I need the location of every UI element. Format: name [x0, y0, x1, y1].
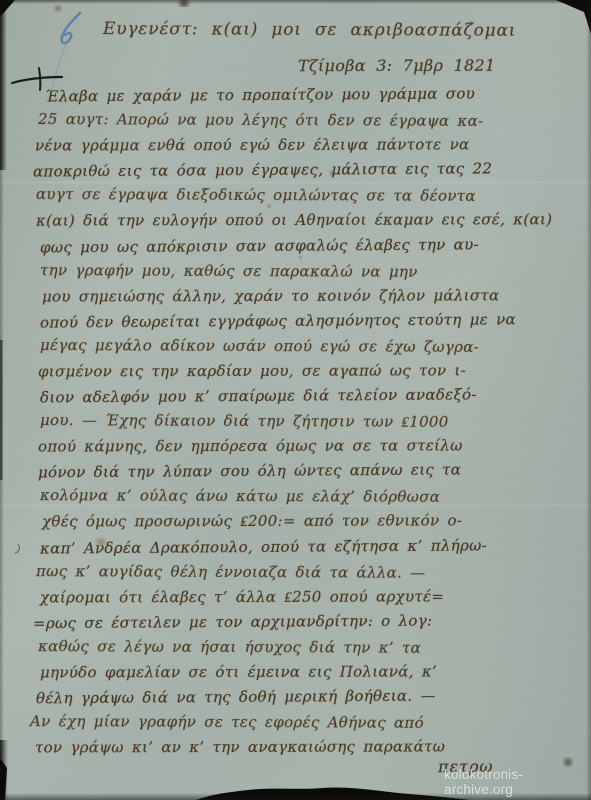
letter-line: μου σημειώσης άλλην, χαράν το κοινόν ζήλ…	[42, 286, 499, 305]
letter-line: νένα γράμμα ενθά οπού εγώ δεν έλειψα πάν…	[35, 135, 469, 154]
letter-line: οπού κάμνης, δεν ημπόρεσα όμως να σε τα …	[38, 436, 463, 455]
letter-line: διον αδελφόν μου κ’ σπαίρωμε διά τελείον…	[40, 385, 477, 406]
letter-line: θέλη γράψω διά να της δοθή μερική βοήθει…	[36, 687, 436, 708]
archive-watermark: kolokotronis-archive.org	[444, 767, 591, 797]
letter-line: μέγας μεγάλο αδίκον ωσάν οπού εγώ σε έχω…	[40, 336, 479, 356]
letter-line: καθώς σε λέγω να ήσαι ήσυχος διά την κ’ …	[38, 637, 421, 657]
letter-line: Έλαβα με χαράν με το προπαίτζον μου γράμ…	[45, 84, 475, 105]
letter-line: μηνύδο φαμελίαν σε ότι έμεινα εις Πολιαν…	[40, 662, 437, 681]
letter-line: 25 αυγτ: Απορώ να μου λέγης ότι δεν σε έ…	[38, 110, 484, 130]
letter-line: μου. — Έχης δίκαιον διά την ζήτησιν των …	[40, 411, 449, 432]
letter-line: χθές όμως προσωρινώς ₤200:= από τον εθνι…	[42, 511, 462, 531]
letter-line: τον γράψω κι’ αν κ’ την αναγκαιώσης παρα…	[35, 737, 445, 756]
letter-line: =ρως σε έστειλεν με τον αρχιμανδρίτην: ο…	[33, 612, 432, 633]
letter-line: καπ’ Ανδρέα Δρακόπουλο, οπού τα εζήτησα …	[40, 536, 487, 557]
letter-dateline: Τζίμοβα 3: 7μβρ 1821	[298, 56, 496, 76]
letter-line: κολόμνα κ’ ούλας άνω κάτω με ελάχ’ διόρθ…	[40, 486, 440, 506]
letter-line: μόνον διά την λύπαν σου όλη ώντες απάνω …	[38, 461, 461, 482]
letter-line: φως μου ως απόκρισιν σαν ασφαλώς έλαβες …	[40, 235, 479, 256]
letter-line: αυγτ σε έγραψα διεξοδικώς ομιλώντας σε τ…	[36, 185, 476, 205]
letter-line: χαίρομαι ότι έλαβες τ’ άλλα ₤250 οπού αρ…	[40, 587, 444, 607]
letter-line: οπού δεν θεωρείται εγγράφως αλησμόνητος …	[40, 310, 516, 331]
letter-line: Αν έχη μίαν γραφήν σε τες εφορές Αθήνας …	[30, 712, 424, 732]
letter-line: φισμένον εις την καρδίαν μου, σε αγαπώ ω…	[38, 361, 466, 380]
fold-crease	[0, 181, 591, 184]
scanned-letter-page: Ευγενέστ: κ(αι) μοι σε ακριβοασπάζομαι Τ…	[0, 0, 591, 800]
letter-line: αποκριθώ εις τα όσα μου έγραψες, μάλιστα…	[33, 159, 492, 180]
letter-line: κ(αι) διά την ευλογήν οπού οι Αθηναίοι έ…	[36, 210, 552, 229]
letter-line: πως κ’ αυγίδας θέλη έννοιαζα διά τα άλλα…	[36, 562, 426, 582]
letter-heading: Ευγενέστ: κ(αι) μοι σε ακριβοασπάζομαι	[103, 19, 516, 41]
letter-line: την γραφήν μου, καθώς σε παρακαλώ να μην	[40, 261, 418, 281]
